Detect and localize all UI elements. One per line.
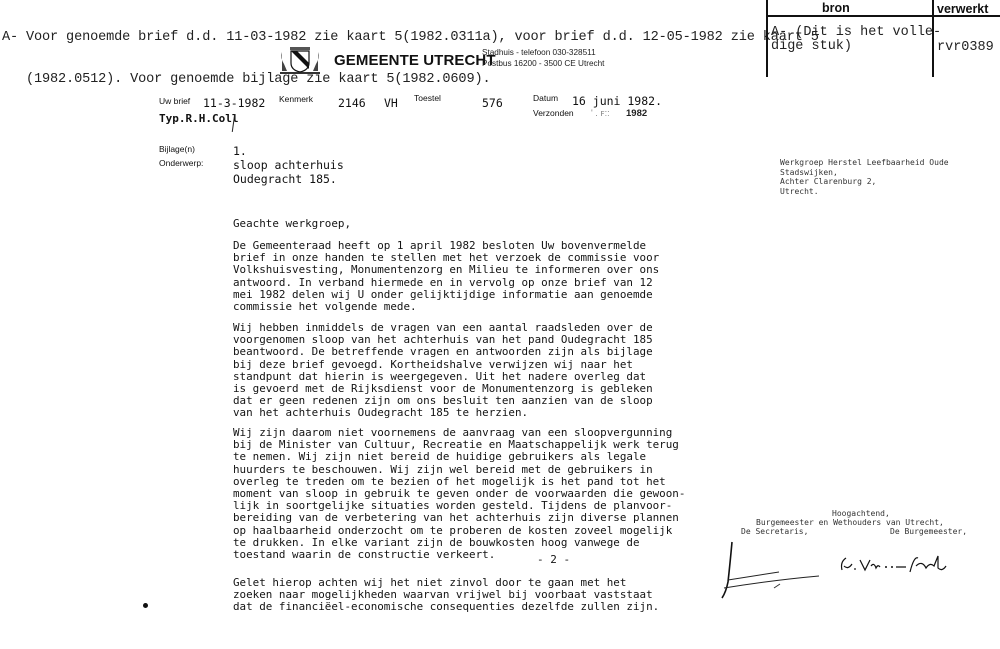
card-verwerkt-value: rvr0389 xyxy=(937,41,994,55)
card-bron-value: A- (Dit is het volle- dige stuk) xyxy=(771,26,941,53)
organization-address: Stadhuis - telefoon 030-328511Postbus 16… xyxy=(482,47,604,69)
closing-greeting: Hoogachtend, xyxy=(832,509,890,518)
kenmerk-label: Kenmerk xyxy=(279,94,313,104)
closing-authority: Burgemeester en Wethouders van Utrecht, xyxy=(756,518,944,527)
typist-initials: Typ.R.H.Coll xyxy=(159,112,238,125)
recipient-address: Werkgroep Herstel Leefbaarheid Oude Stad… xyxy=(780,158,949,196)
address-line-2: Postbus 16200 - 3500 CE Utrecht xyxy=(482,58,604,69)
paragraph-2: Wij hebben inmiddels de vragen van een a… xyxy=(233,322,653,420)
onderwerp-line-2: Oudegracht 185. xyxy=(233,172,337,186)
toestel-label: Toestel xyxy=(414,93,441,103)
onderwerp-line-1: sloop achterhuis xyxy=(233,158,344,172)
annotation-line-2: (1982.0512). Voor genoemde bijlage zie k… xyxy=(2,73,819,87)
card-border-left xyxy=(766,0,768,77)
page-marker: - 2 - xyxy=(537,553,570,566)
mayor-label: De Burgemeester, xyxy=(890,527,967,536)
toestel-value: 576 xyxy=(482,96,503,110)
punch-hole-dot xyxy=(143,603,148,608)
bijlagen-label: Bijlage(n) xyxy=(159,144,195,154)
kenmerk-value: 2146 xyxy=(338,96,366,110)
paragraph-1: De Gemeenteraad heeft op 1 april 1982 be… xyxy=(233,240,659,313)
kenmerk-suffix: VH xyxy=(384,96,398,110)
verzonden-value: 1982 xyxy=(626,108,647,119)
verzonden-stamp-blur: ' . ꜰ:: xyxy=(591,108,610,119)
annotation-line-1: A- Voor genoemde brief d.d. 11-03-1982 z… xyxy=(2,31,819,45)
paragraph-4: Gelet hierop achten wij het niet zinvol … xyxy=(233,577,659,614)
verzonden-label: Verzonden xyxy=(533,108,574,118)
datum-value: 16 juni 1982. xyxy=(572,94,662,108)
mayor-signature xyxy=(838,550,958,578)
onderwerp-label: Onderwerp: xyxy=(159,158,203,168)
salutation: Geachte werkgroep, xyxy=(233,218,351,230)
datum-label: Datum xyxy=(533,93,558,103)
organization-name: GEMEENTE UTRECHT xyxy=(334,52,496,69)
uw-brief-label: Uw brief xyxy=(159,96,190,106)
card-header-verwerkt: verwerkt xyxy=(937,2,988,16)
paragraph-3: Wij zijn daarom niet voornemens de aanvr… xyxy=(233,427,685,561)
card-header-bron: bron xyxy=(822,1,850,15)
bijlagen-value: 1. xyxy=(233,144,247,158)
uw-brief-value: 11-3-1982 xyxy=(203,96,265,110)
address-line-1: Stadhuis - telefoon 030-328511 xyxy=(482,47,604,58)
coat-of-arms-icon xyxy=(278,44,322,76)
